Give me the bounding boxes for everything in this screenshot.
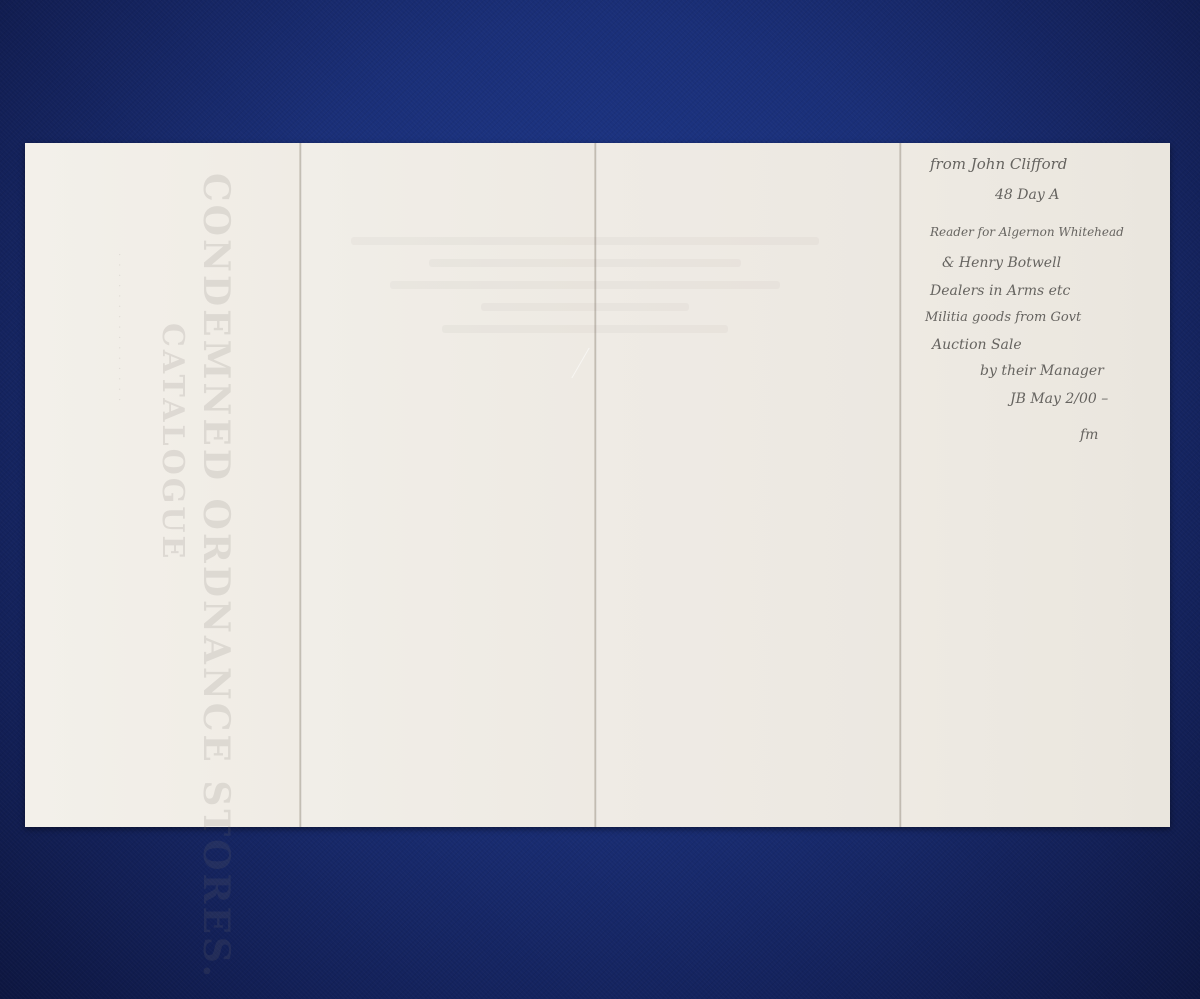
handwritten-line: Auction Sale [932,337,1022,353]
panel-4 [900,143,1170,827]
bleed-through-title: CONDEMNED ORDNANCE STORES. [195,173,237,980]
handwritten-line: JB May 2/00 – [1010,391,1108,407]
handwritten-line: fm [1080,427,1098,443]
bleed-through-text-lines [325,223,845,347]
handwritten-line: from John Clifford [930,155,1067,173]
bleed-through-small-line: · · · · · · · · · · · · · · · [113,253,124,403]
handwritten-line: by their Manager [980,363,1104,379]
bleed-through-subtitle: CATALOGUE [155,323,190,561]
handwritten-line: & Henry Botwell [942,255,1061,271]
handwritten-line: Reader for Algernon Whitehead [930,225,1124,239]
handwritten-line: Dealers in Arms etc [930,283,1070,299]
fold-line [899,143,902,827]
fold-line [299,143,302,827]
document-sheet: CONDEMNED ORDNANCE STORES. CATALOGUE · ·… [25,143,1170,827]
handwritten-line: Militia goods from Govt [925,310,1081,325]
handwritten-line: 48 Day A [995,187,1059,203]
